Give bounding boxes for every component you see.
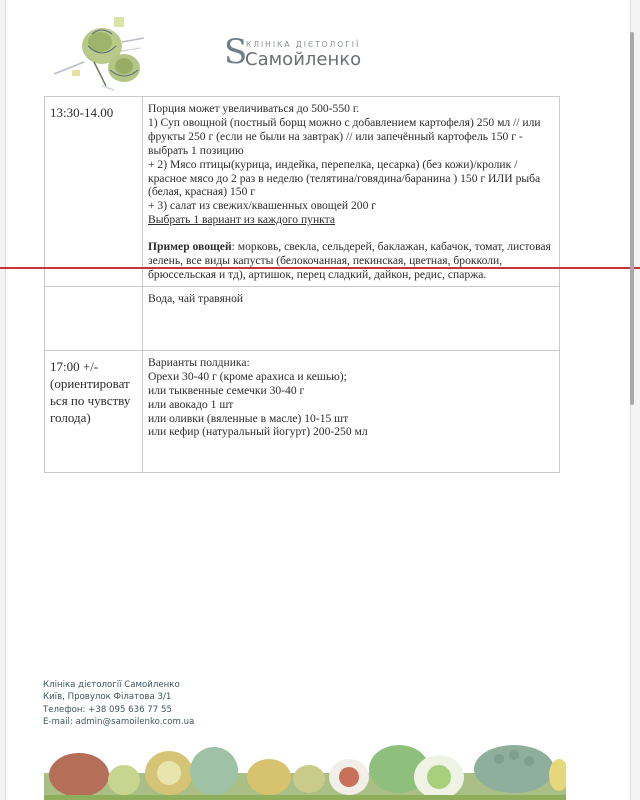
vegetables-example: Пример овощей: морковь, свекла, сельдере… — [148, 240, 554, 254]
menu-line: 1) Суп овощной (постный борщ можно с доб… — [148, 116, 554, 130]
time-cell: 13:30-14.00 — [45, 97, 143, 287]
clinic-address: Київ, Провулок Філатова 3/1 — [43, 691, 194, 703]
menu-line: Вода, чай травяной — [148, 292, 554, 306]
table-row: Вода, чай травяной — [45, 286, 560, 350]
example-line: брюссельская и тд), артишок, перец сладк… — [148, 268, 554, 282]
time-line: голода) — [50, 409, 137, 426]
snack-cell: Варианты полдника: Орехи 30-40 г (кроме … — [143, 350, 560, 472]
artichoke-illustration — [44, 12, 154, 94]
document-page: S КЛІНІКА ДІЄТОЛОГІЇ Самойленко 13:30-14… — [5, 0, 631, 800]
time-cell — [45, 286, 143, 350]
choose-instruction: Выбрать 1 вариант из каждого пункта — [148, 213, 554, 227]
table-row: 13:30-14.00 Порция может увеличиваться д… — [45, 97, 560, 287]
example-label: Пример овощей — [148, 240, 232, 253]
logo-title: Самойленко — [245, 49, 361, 70]
menu-line: + 2) Мясо птицы(курица, индейка, перепел… — [148, 158, 554, 172]
menu-cell: Порция может увеличиваться до 500-550 г.… — [143, 97, 560, 287]
example-text: : морковь, свекла, сельдерей, баклажан, … — [232, 240, 551, 253]
annotation-line — [0, 267, 640, 269]
example-line: зелень, все виды капусты (белокочанная, … — [148, 254, 554, 268]
clinic-contacts: Клініка дієтології Самойленко Київ, Пров… — [43, 679, 194, 728]
time-line: 17:00 +/- — [50, 358, 137, 375]
menu-line: или тыквенные семечки 30-40 г — [148, 384, 554, 398]
drinks-cell: Вода, чай травяной — [143, 286, 560, 350]
menu-line: Орехи 30-40 г (кроме арахиса и кешью); — [148, 370, 554, 384]
menu-line: или кефир (натуральный йогурт) 200-250 м… — [148, 425, 554, 439]
menu-line: или оливки (вяленные в масле) 10-15 шт — [148, 412, 554, 426]
logo-subtitle: КЛІНІКА ДІЄТОЛОГІЇ — [246, 40, 360, 49]
menu-line: + 3) салат из свежих/квашенных овощей 20… — [148, 199, 554, 213]
fruits-illustration — [44, 745, 566, 795]
time-cell: 17:00 +/- (ориентироват ься по чувству г… — [45, 350, 143, 472]
menu-line: фрукты 250 г (если не были на завтрак) /… — [148, 130, 554, 144]
menu-line: красное мясо до 2 раз в неделю (телятина… — [148, 172, 554, 186]
clinic-phone[interactable]: Телефон: +38 095 636 77 55 — [43, 704, 194, 716]
menu-line: Порция может увеличиваться до 500-550 г. — [148, 102, 554, 116]
vertical-scrollbar[interactable] — [630, 32, 634, 405]
time-line: ься по чувству — [50, 392, 137, 409]
menu-line: (белая, красная) 150 г — [148, 185, 554, 199]
menu-line: Варианты полдника: — [148, 356, 554, 370]
logo-mark-icon: S — [224, 35, 247, 69]
clinic-name: Клініка дієтології Самойленко — [43, 679, 194, 691]
table-row: 17:00 +/- (ориентироват ься по чувству г… — [45, 350, 560, 472]
menu-line: или авокадо 1 шт — [148, 398, 554, 412]
time-line: (ориентироват — [50, 375, 137, 392]
meal-plan-table: 13:30-14.00 Порция может увеличиваться д… — [44, 96, 560, 473]
menu-line: выбрать 1 позицию — [148, 144, 554, 158]
footer-green-band — [44, 795, 566, 800]
clinic-email[interactable]: E-mail: admin@samoilenko.com.ua — [43, 716, 194, 728]
